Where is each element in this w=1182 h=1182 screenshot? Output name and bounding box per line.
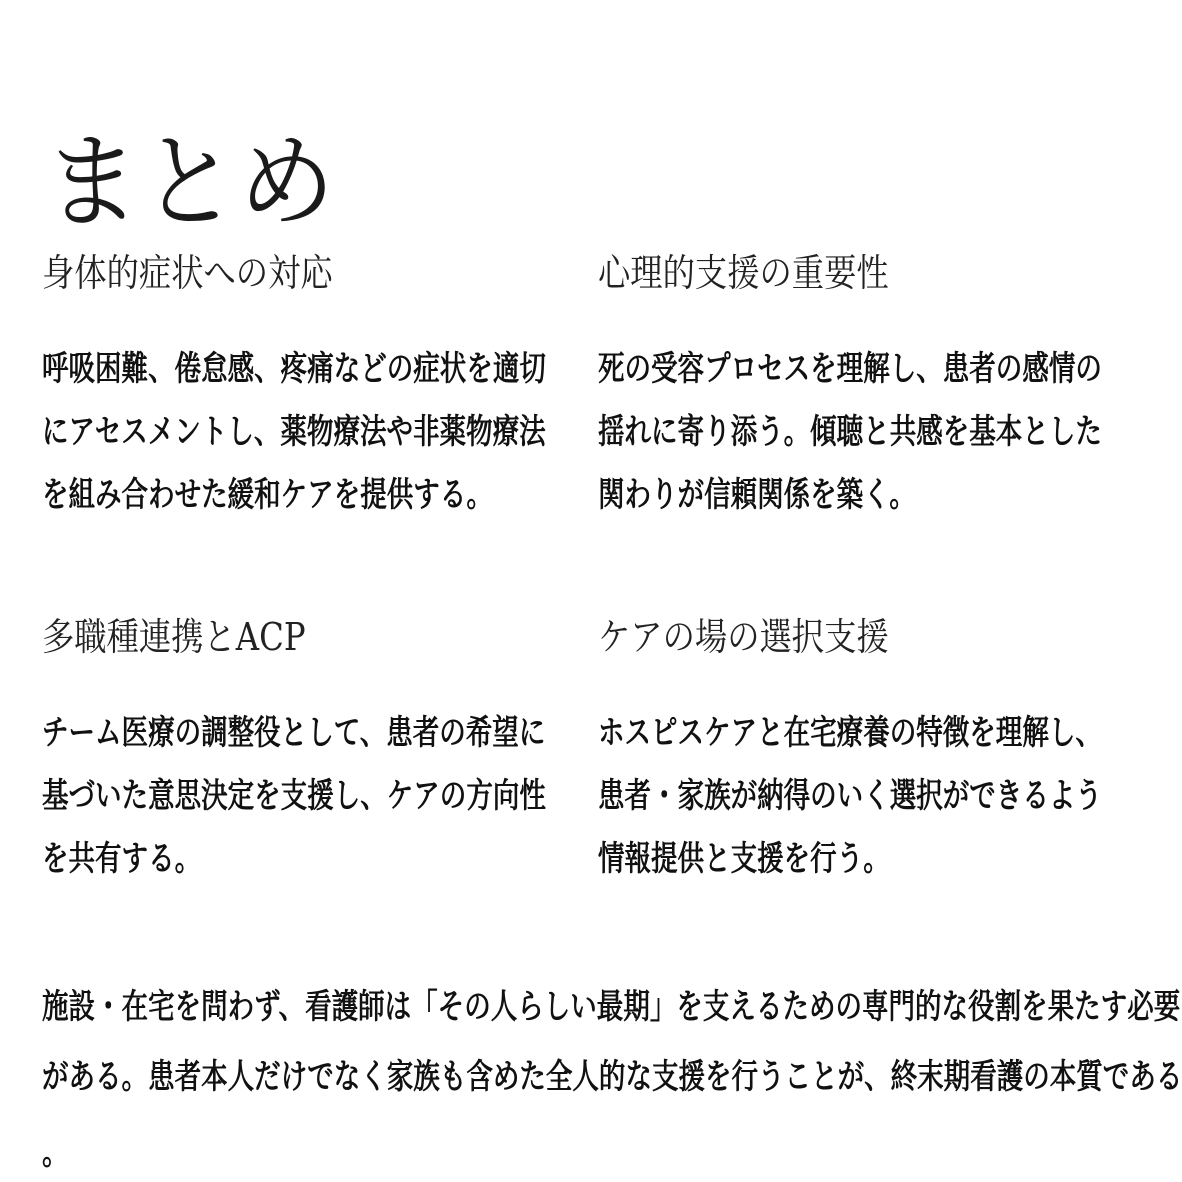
body-line: を組み合わせた緩和ケアを提供する。 (42, 464, 526, 527)
section-heading: ケアの場の選択支援 (598, 612, 1057, 662)
section-heading: 多職種連携とACP (42, 612, 501, 662)
body-line: 基づいた意思決定を支援し、ケアの方向性 (42, 765, 526, 828)
body-line: を共有する。 (42, 828, 526, 891)
body-line: 関わりが信頼関係を築く。 (598, 464, 1082, 527)
section-care-setting-choice: ケアの場の選択支援 ホスピスケアと在宅療養の特徴を理解し、 患者・家族が納得のい… (598, 612, 1138, 891)
section-body: 死の受容プロセスを理解し、患者の感情の 揺れに寄り添う。傾聴と共感を基本とした … (598, 338, 1082, 527)
page-title: まとめ (44, 122, 337, 242)
body-line: 呼吸困難、倦怠感、疼痛などの症状を適切 (42, 338, 526, 401)
body-line: チーム医療の調整役として、患者の希望に (42, 702, 526, 765)
section-body: 呼吸困難、倦怠感、疼痛などの症状を適切 にアセスメントし、薬物療法や非薬物療法 … (42, 338, 526, 527)
body-line: ホスピスケアと在宅療養の特徴を理解し、 (598, 702, 1082, 765)
section-body: チーム医療の調整役として、患者の希望に 基づいた意思決定を支援し、ケアの方向性 … (42, 702, 526, 891)
body-line: 情報提供と支援を行う。 (598, 828, 1082, 891)
conclusion-line: 施設・在宅を問わず、看護師は「その人らしい最期」を支えるための専門的な役割を果た… (42, 972, 1134, 1042)
body-line: 死の受容プロセスを理解し、患者の感情の (598, 338, 1082, 401)
conclusion-line: がある。患者本人だけでなく家族も含めた全人的な支援を行うことが、終末期看護の本質… (42, 1042, 1134, 1112)
conclusion-paragraph: 施設・在宅を問わず、看護師は「その人らしい最期」を支えるための専門的な役割を果た… (42, 972, 1134, 1182)
section-heading: 身体的症状への対応 (42, 248, 501, 298)
section-body: ホスピスケアと在宅療養の特徴を理解し、 患者・家族が納得のいく選択ができるよう … (598, 702, 1082, 891)
section-physical-symptoms: 身体的症状への対応 呼吸困難、倦怠感、疼痛などの症状を適切 にアセスメントし、薬… (42, 248, 582, 527)
body-line: にアセスメントし、薬物療法や非薬物療法 (42, 401, 526, 464)
body-line: 患者・家族が納得のいく選択ができるよう (598, 765, 1082, 828)
conclusion-trailing-period: 。 (42, 1118, 1134, 1182)
body-line: 揺れに寄り添う。傾聴と共感を基本とした (598, 401, 1082, 464)
section-psychological-support: 心理的支援の重要性 死の受容プロセスを理解し、患者の感情の 揺れに寄り添う。傾聴… (598, 248, 1138, 527)
section-interprofessional-acp: 多職種連携とACP チーム医療の調整役として、患者の希望に 基づいた意思決定を支… (42, 612, 582, 891)
section-heading: 心理的支援の重要性 (598, 248, 1057, 298)
